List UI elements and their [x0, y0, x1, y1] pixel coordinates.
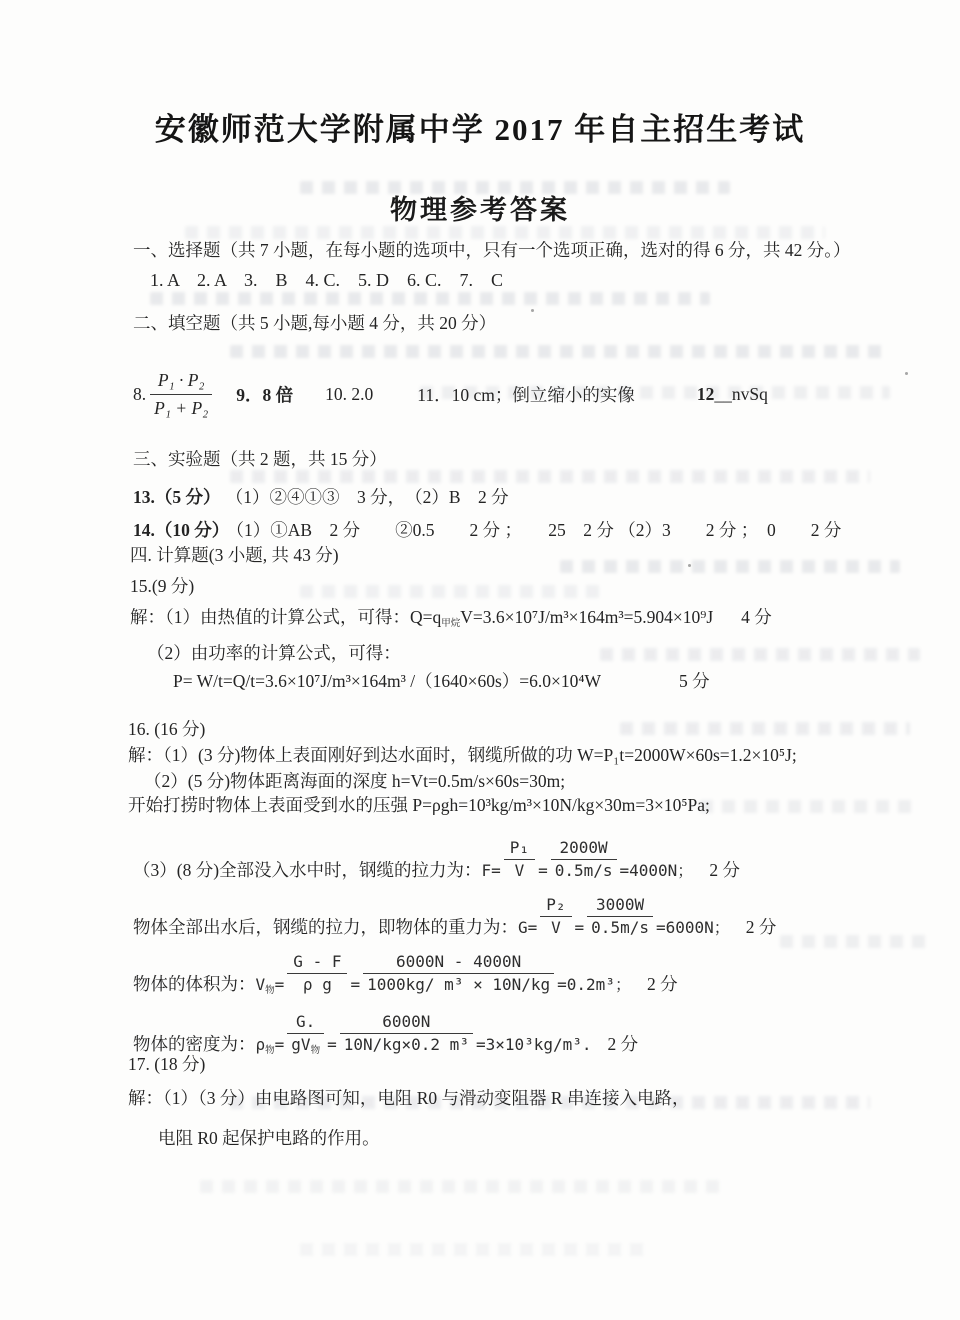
- q16-l5-fraction-1: P₂V: [540, 895, 571, 938]
- q16-solution-line-4: （3）(8 分)全部没入水中时，钢缆的拉力为：F=P₁V=2000W0.5m/s…: [133, 838, 740, 882]
- q16-l4-lhs: F=: [482, 861, 501, 880]
- q16-l6-equals: =: [350, 975, 360, 994]
- section-fill-heading: 二、填空题（共 5 小题,每小题 4 分，共 20 分）: [133, 310, 496, 335]
- q16-l5-fraction-2: 3000W0.5m/s: [587, 895, 653, 938]
- q16-l5-score: 2 分: [746, 917, 777, 937]
- choice-answers: 1. A 2. A 3. B 4. C. 5. D 6. C. 7. C: [150, 266, 503, 292]
- q15-label: 15.(9 分): [130, 573, 194, 598]
- q16-l6-fraction-1: G - Fρ g: [287, 952, 347, 995]
- q15-solution-line-3: P= W/t=Q/t=3.6×10⁷J/m³×164m³ /（1640×60s）…: [173, 668, 710, 693]
- q8-fraction-denominator: P₁ + P₂: [150, 395, 212, 420]
- fraction-denominator: ρ g: [287, 974, 347, 995]
- fraction-numerator: G - F: [287, 952, 347, 974]
- bleedthrough-artifact: [780, 935, 930, 948]
- scanned-answer-sheet-page: 安徽师范大学附属中学 2017 年自主招生考试 物理参考答案 一、选择题（共 7…: [0, 0, 960, 1320]
- fraction-numerator: P₂: [540, 895, 571, 917]
- q16-l7-result: =3×10³kg/m³.: [476, 1035, 592, 1054]
- q16-l4-result: =4000N；: [620, 861, 694, 880]
- q16-l5-result: =6000N；: [656, 918, 730, 937]
- fraction-numerator: P₁: [504, 838, 535, 860]
- bleedthrough-artifact: [300, 1243, 650, 1256]
- q15-l1-prefix: 解：（1）由热值的计算公式，可得：Q=q: [130, 607, 441, 627]
- q16-l7-symbol-subscript: 物: [265, 1045, 275, 1056]
- bleedthrough-artifact: [600, 648, 920, 661]
- q15-l3-score: 5 分: [679, 671, 710, 691]
- bleedthrough-artifact: [700, 800, 920, 813]
- q16-l6-lhs-equals: =: [275, 975, 285, 994]
- q10-answer: 10. 2.0: [325, 384, 373, 405]
- q16-l6-fraction-2: 6000N - 4000N1000kg/ m³ × 10N/kg: [363, 952, 554, 995]
- q14-text: （1）①AB 2 分 ②0.5 2 分 ； 25 2 分 （2）3 2 分 ； …: [235, 520, 841, 540]
- q13-label: 13.（5 分）: [133, 487, 221, 507]
- q14-answer-line: 14.（10 分）（1）①AB 2 分 ②0.5 2 分 ； 25 2 分 （2…: [133, 517, 841, 542]
- q16-l7-equals: =: [327, 1035, 337, 1054]
- fraction-denominator-subscript: 物: [311, 1045, 321, 1056]
- section-experiment-heading: 三、实验题（共 2 题，共 15 分）: [133, 446, 387, 471]
- q16-l5-equals: =: [575, 918, 585, 937]
- page-title: 安徽师范大学附属中学 2017 年自主招生考试: [0, 104, 960, 149]
- q14-label: 14.（10 分）: [133, 520, 229, 540]
- q16-l7-lhs-equals: =: [275, 1035, 285, 1054]
- q17-solution-line-2: 电阻 R0 起保护电路的作用。: [158, 1125, 380, 1150]
- q16-solution-line-5: 物体全部出水后，钢缆的拉力，即物体的重力为：G=P₂V=3000W0.5m/s=…: [133, 895, 776, 939]
- q15-l1-subscript: 甲烷: [441, 619, 460, 629]
- fill-answers-row: 8.P₁ · P₂P₁ + P₂9．8 倍10. 2.011．10 cm；倒立缩…: [133, 363, 768, 425]
- q16-l6-symbol-subscript: 物: [265, 985, 275, 996]
- q15-l1-score: 4 分: [741, 607, 772, 627]
- q16-l5-lhs: G=: [518, 918, 537, 937]
- q11-answer: 11．10 cm；倒立缩小的实像: [417, 382, 635, 407]
- q16-solution-line-3: 开始打捞时物体上表面受到水的压强 P=ρgh=10³kg/m³×10N/kg×3…: [128, 792, 710, 817]
- bleedthrough-artifact: [300, 585, 600, 598]
- bleedthrough-artifact: [230, 345, 890, 358]
- q16-l7-fraction-1: G.gV物: [287, 1012, 324, 1057]
- q16-l4-fraction-2: 2000W0.5m/s: [551, 838, 617, 881]
- bleedthrough-artifact: [560, 560, 900, 573]
- q16-solution-line-2: （2）(5 分)物体距离海面的深度 h=Vt=0.5m/s×60s=30m;: [144, 768, 565, 793]
- scan-speck: [905, 372, 908, 375]
- q16-label: 16. (16 分): [128, 716, 205, 741]
- fraction-numerator: 6000N - 4000N: [363, 952, 554, 974]
- section-calc-heading: 四. 计算题(3 小题, 共 43 分): [130, 542, 339, 567]
- fraction-denominator-main: gV: [291, 1035, 310, 1054]
- q16-l4-fraction-1: P₁V: [504, 838, 535, 881]
- q13-text: （1）②④①③ 3 分， （2）B 2 分: [235, 487, 509, 507]
- q16-solution-line-7: 物体的密度为：ρ物=G.gV物=6000N10N/kg×0.2 m³=3×10³…: [133, 1012, 638, 1057]
- q8-fraction: P₁ · P₂P₁ + P₂: [150, 369, 212, 420]
- q12-answer: __nvSq: [714, 384, 767, 405]
- q15-l1-formula: V=3.6×10⁷J/m³×164m³=5.904×10⁹J: [460, 607, 713, 627]
- bleedthrough-artifact: [200, 1180, 720, 1193]
- q15-l3-formula: P= W/t=Q/t=3.6×10⁷J/m³×164m³ /（1640×60s）…: [173, 671, 601, 691]
- fraction-denominator: 0.5m/s: [551, 860, 617, 881]
- bleedthrough-artifact: [150, 292, 710, 305]
- q16-l6-text: 物体的体积为：: [133, 974, 256, 994]
- q16-l7-symbol: ρ: [256, 1035, 266, 1054]
- q16-l4-equals: =: [538, 861, 548, 880]
- q8-label: 8.: [133, 384, 146, 405]
- q16-l6-symbol: V: [256, 975, 266, 994]
- fraction-denominator: 1000kg/ m³ × 10N/kg: [363, 974, 554, 995]
- fraction-denominator: V: [504, 860, 535, 881]
- fraction-denominator: gV物: [287, 1034, 324, 1057]
- fraction-denominator: 10N/kg×0.2 m³: [340, 1034, 473, 1055]
- fraction-numerator: G.: [287, 1012, 324, 1034]
- q16-solution-line-6: 物体的体积为：V物=G - Fρ g=6000N - 4000N1000kg/ …: [133, 952, 678, 996]
- q8-fraction-numerator: P₁ · P₂: [150, 369, 212, 395]
- q17-label: 17. (18 分): [128, 1051, 205, 1076]
- section-choice-heading: 一、选择题（共 7 小题，在每小题的选项中，只有一个选项正确，选对的得 6 分，…: [133, 237, 851, 262]
- q12-number: 12: [697, 384, 715, 405]
- q16-solution-line-1: 解：（1）(3 分)物体上表面刚好到达水面时，钢缆所做的功 W=P₁t=2000…: [128, 742, 797, 767]
- q16-l5-text: 物体全部出水后，钢缆的拉力，即物体的重力为：: [133, 917, 518, 937]
- fraction-numerator: 6000N: [340, 1012, 473, 1034]
- page-subtitle: 物理参考答案: [0, 188, 960, 227]
- q13-answer-line: 13.（5 分）（1）②④①③ 3 分， （2）B 2 分: [133, 484, 509, 509]
- scan-speck: [688, 564, 691, 567]
- fraction-denominator: 0.5m/s: [587, 917, 653, 938]
- scan-speck: [531, 309, 534, 312]
- fraction-denominator: V: [540, 917, 571, 938]
- q16-l7-score: 2 分: [608, 1034, 639, 1054]
- fraction-numerator: 3000W: [587, 895, 653, 917]
- fraction-numerator: 2000W: [551, 838, 617, 860]
- q9-answer: 9．8 倍: [236, 382, 293, 407]
- bleedthrough-artifact: [620, 722, 910, 735]
- q15-solution-line-2: （2）由功率的计算公式，可得：: [147, 640, 401, 665]
- q16-l6-result: =0.2m³；: [557, 975, 631, 994]
- q16-l7-fraction-2: 6000N10N/kg×0.2 m³: [340, 1012, 473, 1055]
- bleedthrough-artifact: [230, 470, 870, 483]
- q16-l4-score: 2 分: [709, 860, 740, 880]
- q15-solution-line-1: 解：（1）由热值的计算公式，可得：Q=q甲烷V=3.6×10⁷J/m³×164m…: [130, 604, 772, 629]
- q17-solution-line-1: 解：（1）（3 分）由电路图可知，电阻 R0 与滑动变阻器 R 串连接入电路，: [128, 1085, 689, 1110]
- q16-l6-score: 2 分: [647, 974, 678, 994]
- q16-l4-text: （3）(8 分)全部没入水中时，钢缆的拉力为：: [133, 860, 482, 880]
